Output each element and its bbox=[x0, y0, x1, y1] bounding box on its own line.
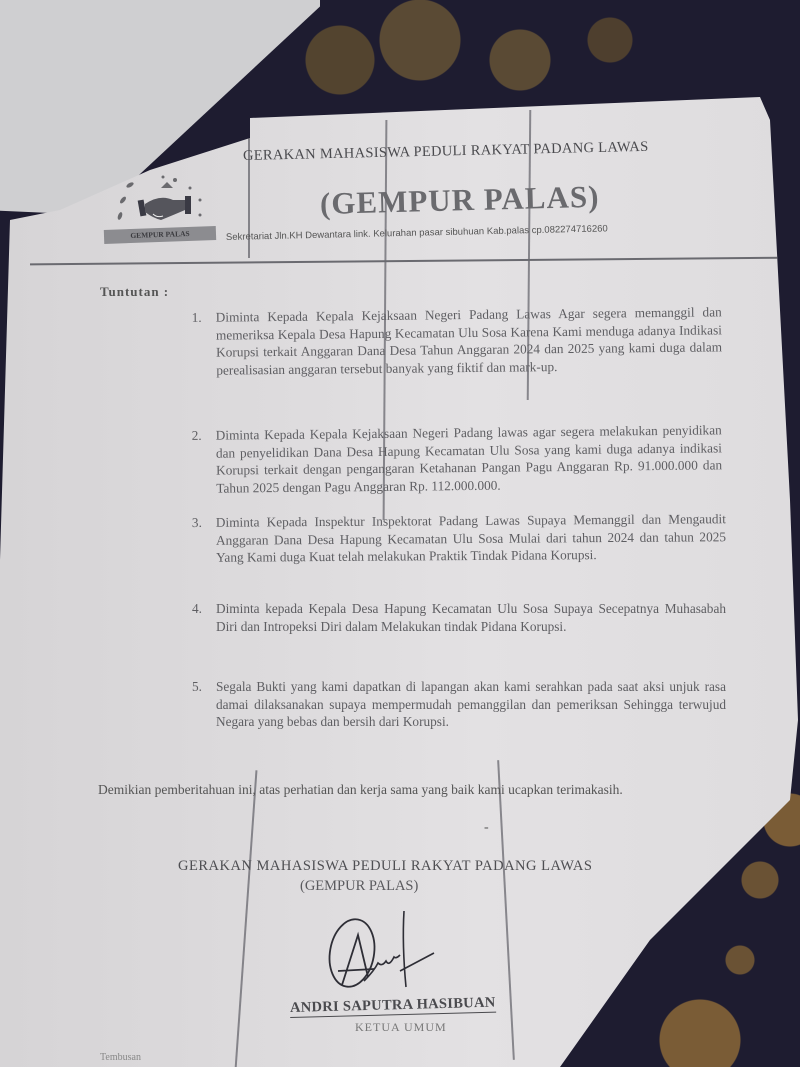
letterhead-divider bbox=[30, 257, 790, 266]
signature-org-name: GERAKAN MAHASISWA PEDULI RAKYAT PADANG L… bbox=[178, 858, 592, 875]
closing-paragraph: Demikian pemberitahuan ini, atas perhati… bbox=[98, 780, 648, 800]
demand-text: Segala Bukti yang kami dapatkan di lapan… bbox=[216, 679, 726, 729]
demand-number: 3. bbox=[192, 514, 202, 532]
org-abbreviation-header: (GEMPUR PALAS) bbox=[320, 179, 600, 222]
demands-heading: Tuntutan : bbox=[100, 284, 169, 300]
demand-item: 5. Segala Bukti yang kami dapatkan di la… bbox=[216, 678, 726, 731]
demand-item: 1. Diminta Kepada Kepala Kejaksaan Neger… bbox=[216, 303, 723, 378]
handwritten-signature bbox=[320, 905, 440, 1005]
demand-item: 3. Diminta Kepada Inspektur Inspektorat … bbox=[216, 510, 726, 566]
demand-text: Diminta Kepada Kepala Kejaksaan Negeri P… bbox=[216, 422, 722, 495]
demand-number: 2. bbox=[192, 427, 202, 445]
demand-text: Diminta Kepada Kepala Kejaksaan Negeri P… bbox=[216, 304, 722, 377]
demand-text: Diminta kepada Kepala Desa Hapung Kecama… bbox=[216, 601, 726, 634]
address-line: Sekretariat Jln.KH Dewantara link. Kelur… bbox=[226, 223, 608, 243]
demand-number: 5. bbox=[192, 678, 202, 696]
demand-item: 4. Diminta kepada Kepala Desa Hapung Kec… bbox=[216, 600, 726, 635]
demand-text: Diminta Kepada Inspektur Inspektorat Pad… bbox=[216, 511, 726, 565]
demand-number: 1. bbox=[192, 309, 202, 327]
fold-line bbox=[497, 760, 515, 1060]
demand-item: 2. Diminta Kepada Kepala Kejaksaan Neger… bbox=[216, 421, 723, 496]
org-name-header: GERAKAN MAHASISWA PEDULI RAKYAT PADANG L… bbox=[243, 139, 649, 165]
signature-org-abbreviation: (GEMPUR PALAS) bbox=[300, 878, 418, 895]
signatory-title: KETUA UMUM bbox=[355, 1020, 447, 1035]
handshake-icon bbox=[138, 196, 191, 220]
tembusan-label: Tembusan bbox=[100, 1052, 141, 1063]
fold-line bbox=[235, 770, 258, 1067]
demand-number: 4. bbox=[192, 600, 202, 618]
dash-mark: - bbox=[484, 820, 489, 836]
